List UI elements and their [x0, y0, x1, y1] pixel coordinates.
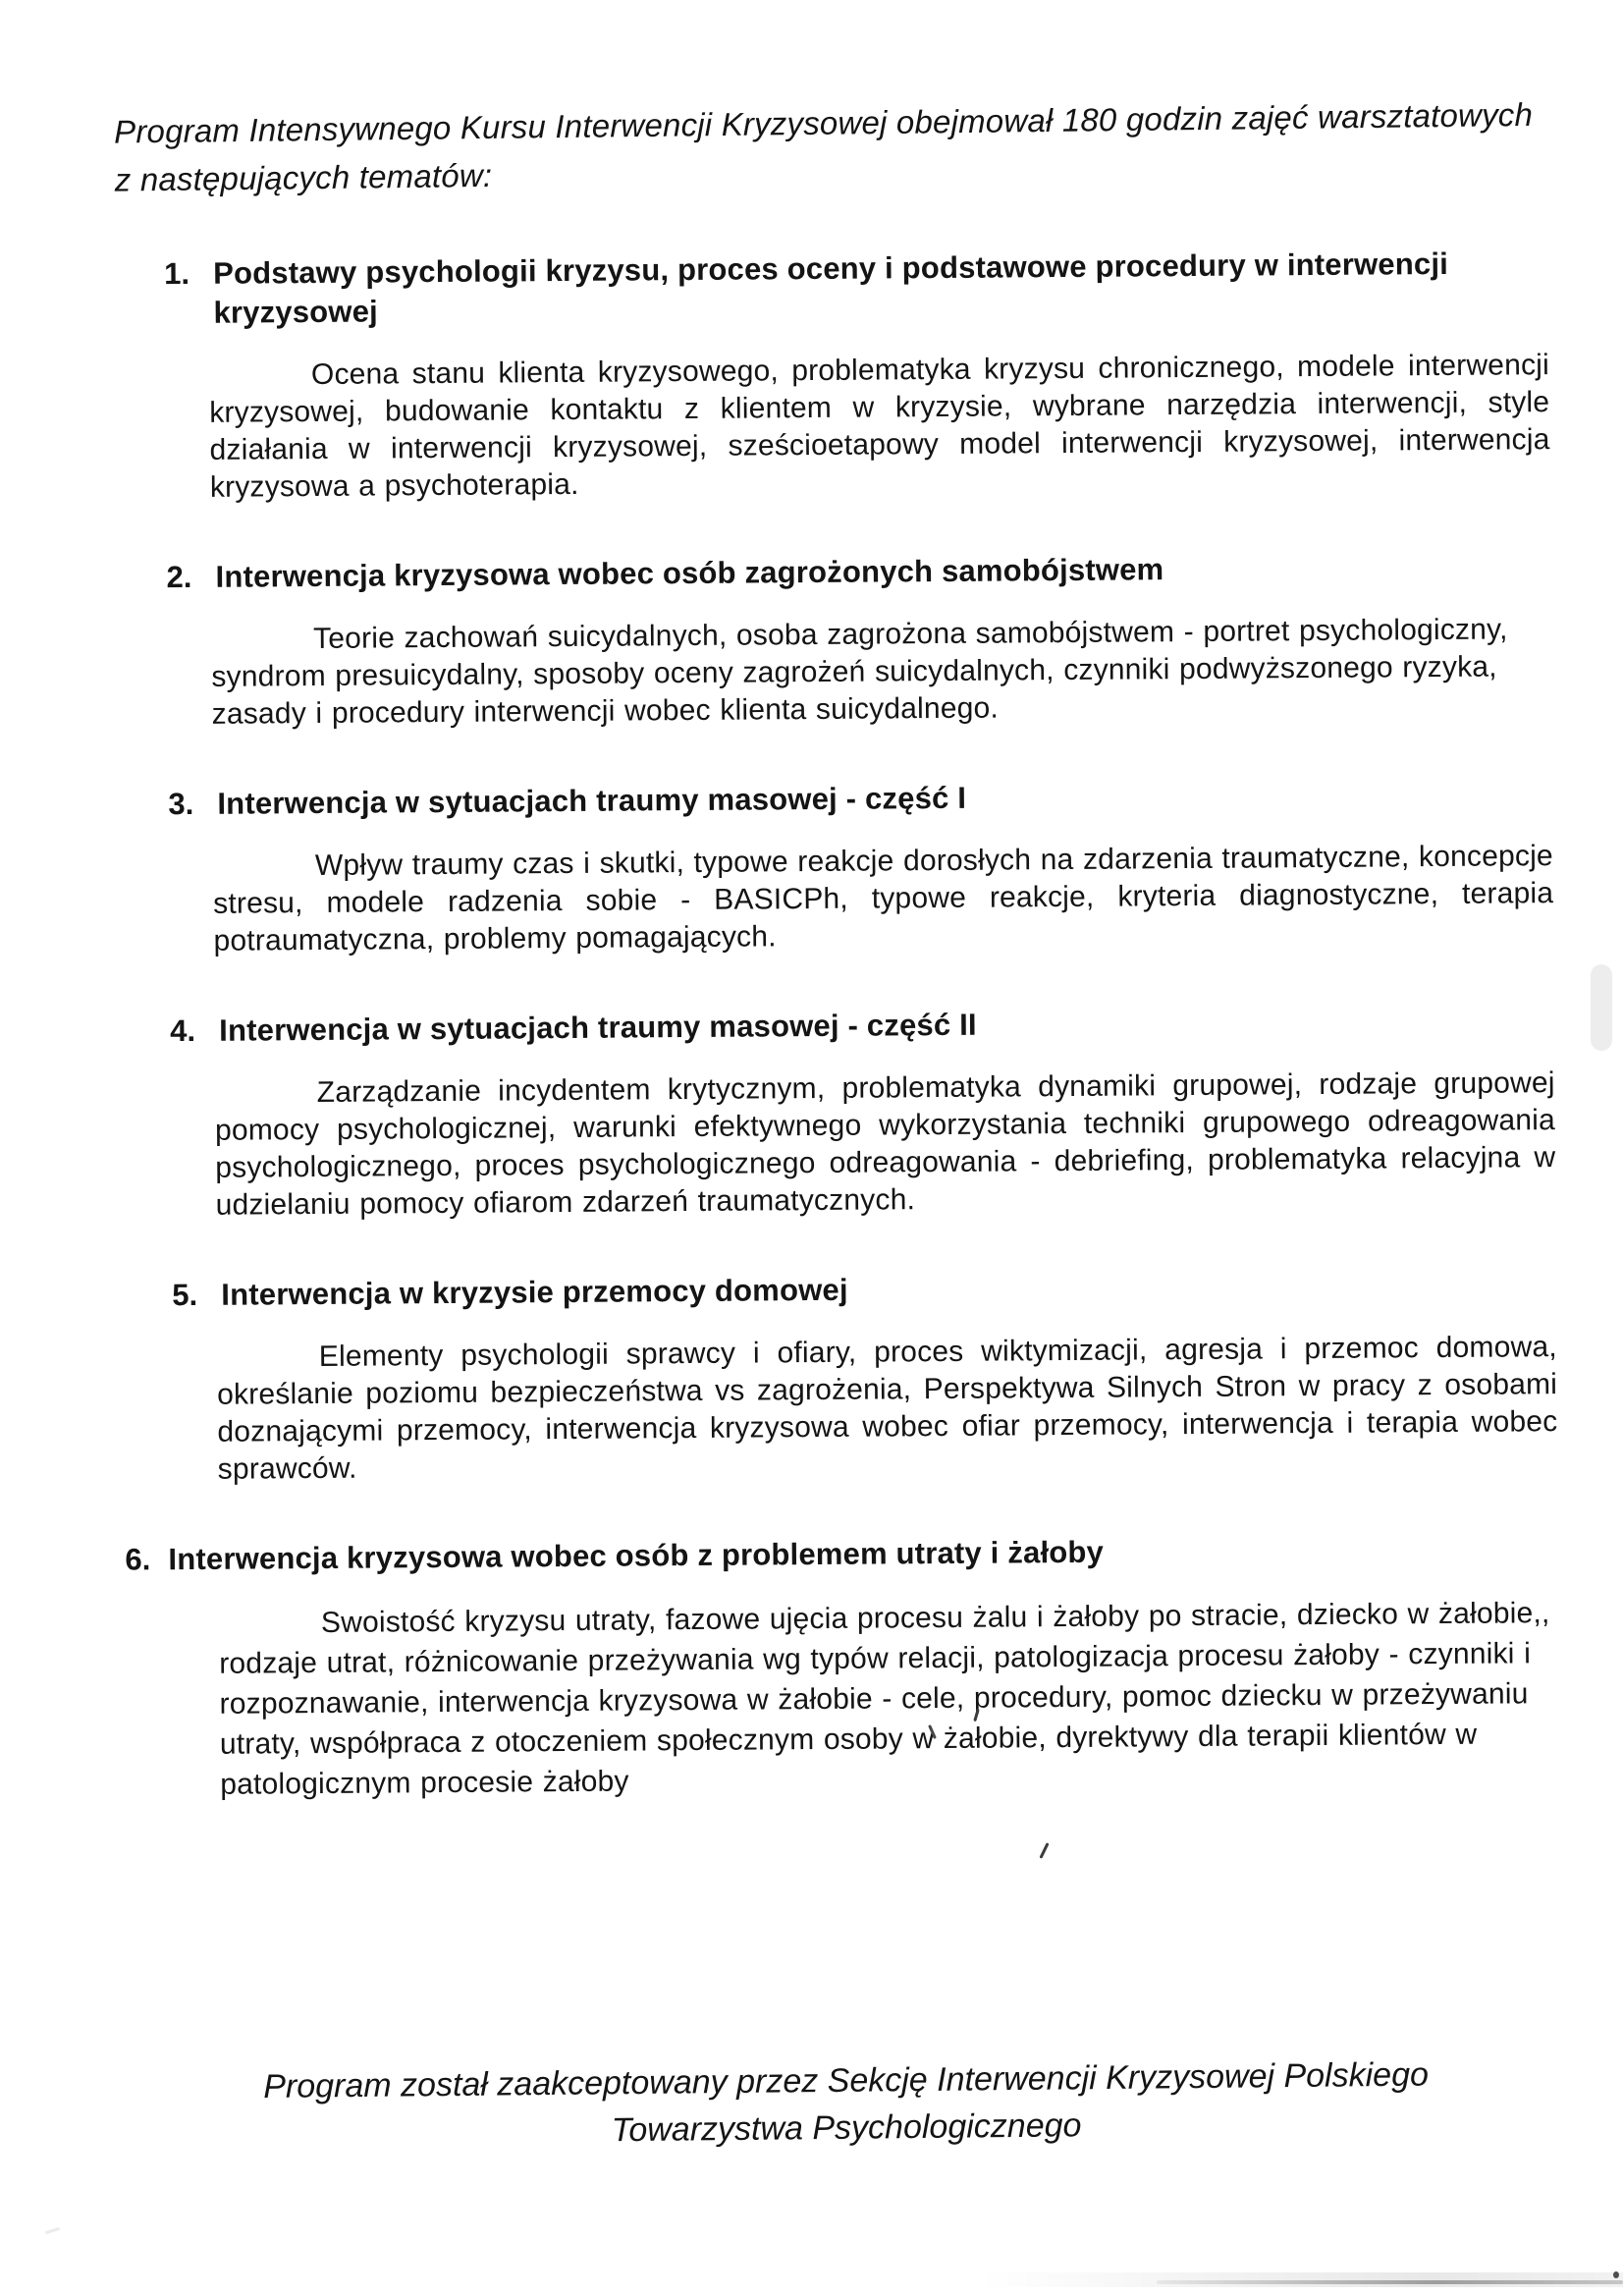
section-heading: 4. Interwencja w sytuacjach traumy masow… — [170, 1001, 1554, 1051]
course-topic-section-2: 2. Interwencja kryzysowa wobec osób zagr… — [166, 547, 1551, 734]
course-topic-section-3: 3. Interwencja w sytuacjach traumy masow… — [168, 774, 1553, 960]
section-number: 3. — [168, 785, 217, 824]
section-heading: 5. Interwencja w kryzysie przemocy domow… — [172, 1265, 1556, 1315]
section-heading: 3. Interwencja w sytuacjach traumy masow… — [168, 774, 1552, 824]
section-heading: 1. Podstawy psychologii kryzysu, proces … — [164, 244, 1549, 333]
section-number: 1. — [164, 254, 213, 294]
section-title: Interwencja kryzysowa wobec osób z probl… — [168, 1529, 1558, 1579]
section-title: Interwencja w kryzysie przemocy domowej — [221, 1265, 1556, 1315]
scan-shadow-line — [1157, 2280, 1623, 2284]
section-body: Elementy psychologii sprawcy i ofiary, p… — [217, 1329, 1558, 1489]
intro-paragraph: Program Intensywnego Kursu Interwencji K… — [114, 90, 1548, 204]
scan-speck — [1613, 2271, 1619, 2278]
course-topic-section-1: 1. Podstawy psychologii kryzysu, proces … — [164, 244, 1550, 507]
section-body: Wpływ traumy czas i skutki, typowe reakc… — [213, 838, 1554, 960]
course-topic-section-4: 4. Interwencja w sytuacjach traumy masow… — [170, 1001, 1556, 1225]
section-title: Interwencja w sytuacjach traumy masowej … — [219, 1001, 1554, 1051]
course-topic-section-5: 5. Interwencja w kryzysie przemocy domow… — [172, 1265, 1558, 1489]
section-number: 2. — [166, 558, 215, 597]
section-heading: 6. Interwencja kryzysowa wobec osób z pr… — [125, 1529, 1558, 1579]
document-content: Program Intensywnego Kursu Interwencji K… — [0, 0, 1623, 2158]
section-body: Zarządzanie incydentem krytycznym, probl… — [215, 1065, 1556, 1225]
footer-approval-note: Program został zaakceptowany przez Sekcj… — [178, 2050, 1514, 2159]
section-heading: 2. Interwencja kryzysowa wobec osób zagr… — [166, 547, 1550, 597]
scan-smudge — [1591, 964, 1612, 1051]
section-number: 4. — [170, 1011, 219, 1051]
section-title: Podstawy psychologii kryzysu, proces oce… — [213, 244, 1549, 333]
course-topic-section-6: 6. Interwencja kryzysowa wobec osób z pr… — [125, 1529, 1560, 1805]
section-number: 5. — [172, 1276, 221, 1315]
section-title: Interwencja w sytuacjach traumy masowej … — [217, 774, 1552, 824]
section-body: Swoistość kryzysu utraty, fazowe ujęcia … — [219, 1593, 1561, 1805]
section-title: Interwencja kryzysowa wobec osób zagrożo… — [215, 547, 1550, 597]
scan-speck — [45, 2227, 60, 2234]
section-body: Teorie zachowań suicydalnych, osoba zagr… — [211, 611, 1552, 734]
scanned-document-page: Program Intensywnego Kursu Interwencji K… — [0, 0, 1623, 2296]
section-number: 6. — [125, 1540, 168, 1579]
section-body: Ocena stanu klienta kryzysowego, problem… — [209, 347, 1550, 507]
